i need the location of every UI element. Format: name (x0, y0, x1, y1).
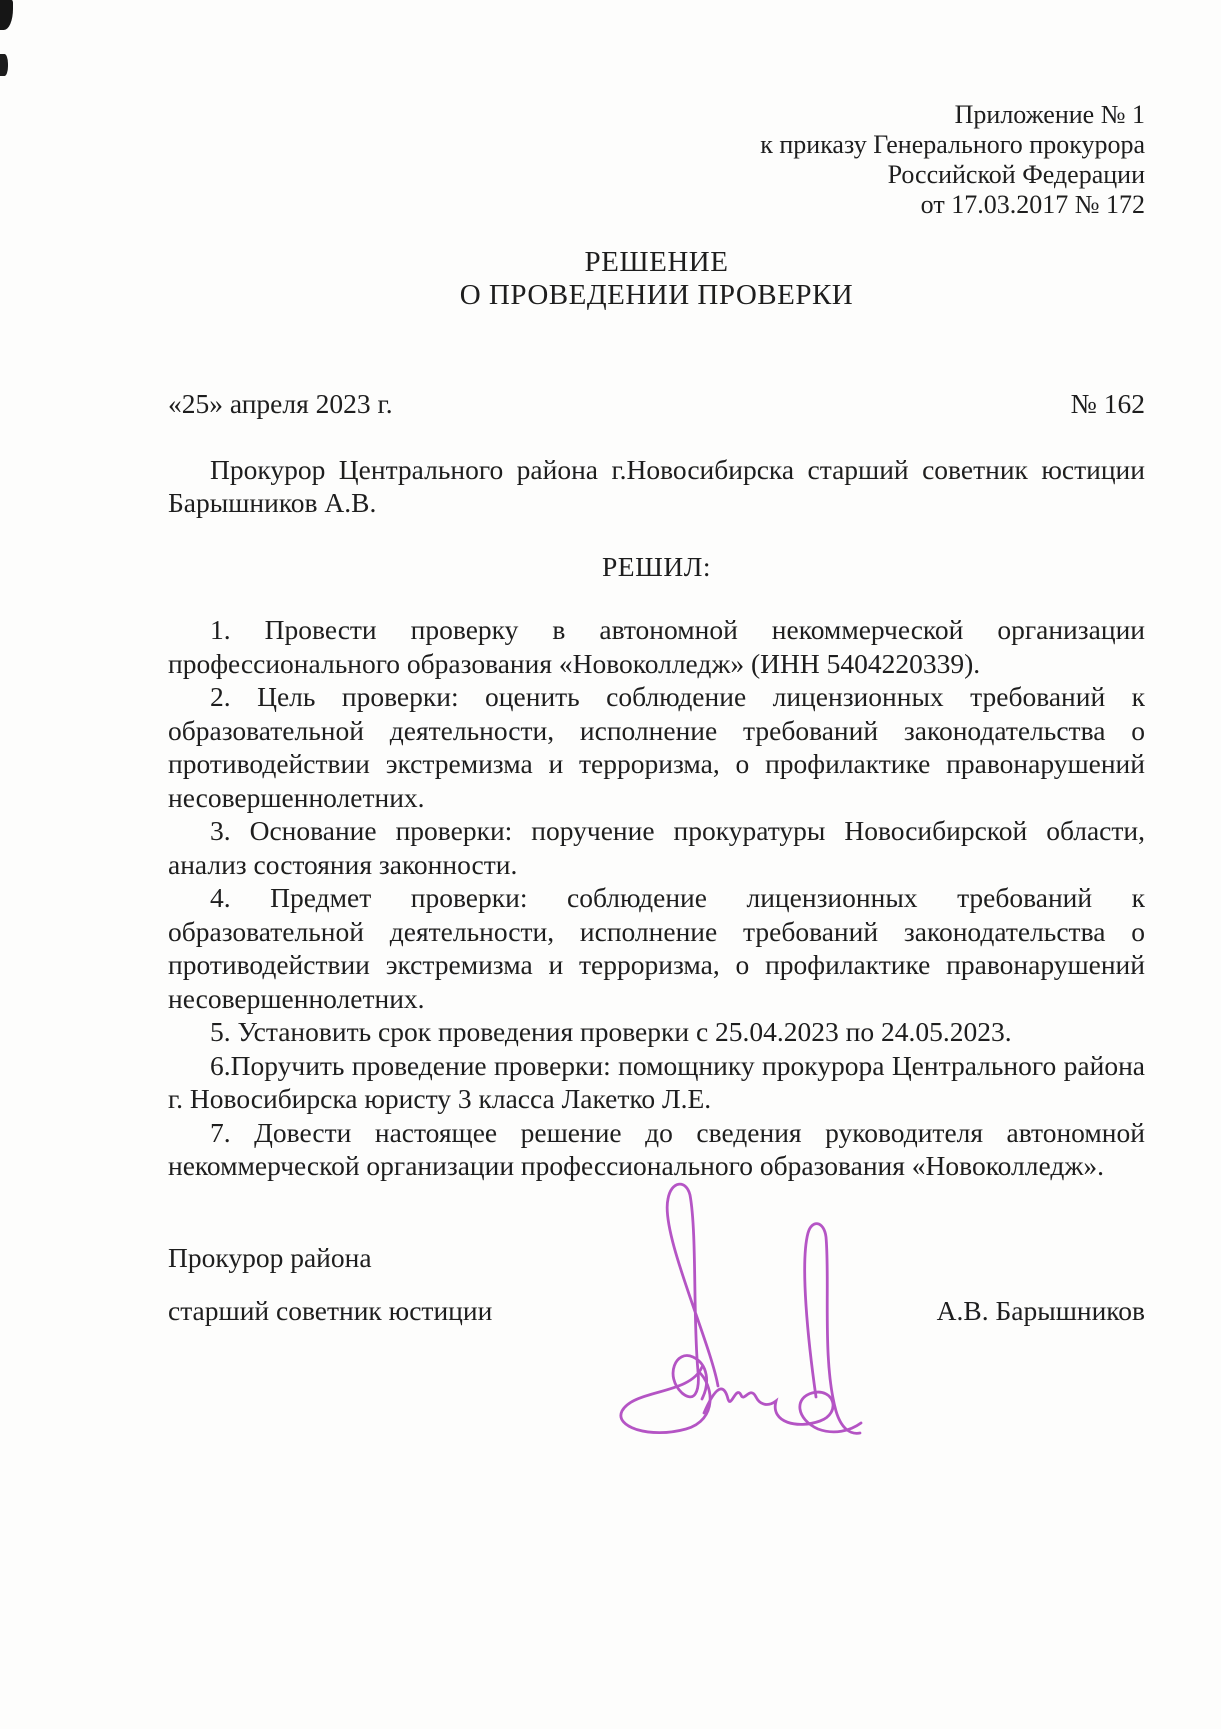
appendix-line: Приложение № 1 (168, 100, 1145, 130)
scan-artifact-left-edge (0, 54, 8, 76)
resolution-item-4: 4. Предмет проверки: соблюдение лицензио… (168, 881, 1145, 1015)
scanned-document-page: Приложение № 1 к приказу Генерального пр… (0, 0, 1221, 1729)
appendix-reference: Приложение № 1 к приказу Генерального пр… (168, 100, 1145, 220)
signature-row: старший советник юстиции А.В. Барышников (168, 1294, 1145, 1328)
intro-paragraph: Прокурор Центрального района г.Новосибир… (168, 453, 1145, 520)
resolution-item-2: 2. Цель проверки: оценить соблюдение лиц… (168, 680, 1145, 814)
resolution-item-6: 6.Поручить проведение проверки: помощник… (168, 1049, 1145, 1116)
appendix-line: к приказу Генерального прокурора (168, 130, 1145, 160)
signer-name: А.В. Барышников (937, 1294, 1145, 1328)
title-line-2: О ПРОВЕДЕНИИ ПРОВЕРКИ (168, 279, 1145, 312)
signer-position-line-1: Прокурор района (168, 1241, 1145, 1275)
document-date: «25» апреля 2023 г. (168, 387, 393, 421)
resolution-item-7: 7. Довести настоящее решение до сведения… (168, 1116, 1145, 1183)
resolution-item-1: 1. Провести проверку в автономной некомм… (168, 613, 1145, 680)
appendix-line: от 17.03.2017 № 172 (168, 190, 1145, 220)
title-line-1: РЕШЕНИЕ (168, 246, 1145, 279)
signer-position-line-2: старший советник юстиции (168, 1294, 492, 1328)
document-body: Приложение № 1 к приказу Генерального пр… (168, 100, 1145, 1328)
resolution-item-3: 3. Основание проверки: поручение прокура… (168, 814, 1145, 881)
date-and-number-row: «25» апреля 2023 г. № 162 (168, 387, 1145, 421)
resolution-items: 1. Провести проверку в автономной некомм… (168, 613, 1145, 1183)
resolved-heading: РЕШИЛ: (168, 550, 1145, 584)
document-title: РЕШЕНИЕ О ПРОВЕДЕНИИ ПРОВЕРКИ (168, 246, 1145, 312)
appendix-line: Российской Федерации (168, 160, 1145, 190)
resolution-item-5: 5. Установить срок проведения проверки с… (168, 1015, 1145, 1049)
document-number: № 162 (1071, 387, 1145, 421)
scan-artifact-top-left (0, 0, 13, 30)
signature-block: Прокурор района старший советник юстиции… (168, 1241, 1145, 1328)
